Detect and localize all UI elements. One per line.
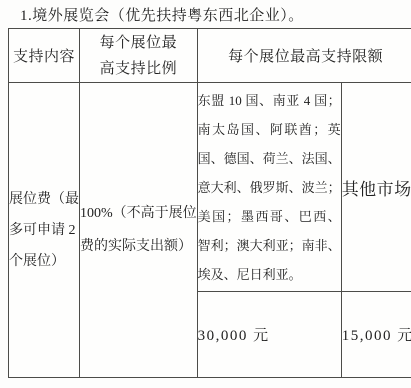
market-list-line-6: 智利；澳大利亚；南非、 — [198, 231, 341, 260]
cell-support-content: 展位费（最 多可申请 2 个展位） — [9, 83, 80, 378]
cell-other-market: 其他市场 — [341, 83, 411, 292]
market-list-line-2: 南太岛国、阿联酋；英 — [198, 115, 341, 144]
support-content-line-2: 多可申请 2 — [9, 215, 79, 246]
support-content-line-3: 个展位） — [9, 246, 79, 277]
header-support-content: 支持内容 — [9, 29, 80, 83]
cell-limit-major-markets: 30,000 元 — [197, 292, 341, 378]
support-table: 支持内容 每个展位最 高支持比例 每个展位最高支持限额 展位费（最 多可申请 2… — [8, 28, 411, 378]
support-ratio-line-2: 费的实际支出额） — [80, 230, 197, 263]
market-list-line-1: 东盟 10 国、南亚 4 国； — [198, 86, 341, 115]
header-max-limit: 每个展位最高支持限额 — [197, 29, 411, 83]
document-page: 1.境外展览会（优先扶持粤东西北企业）。 支持内容 每个展位最 高支持比例 每个… — [0, 0, 411, 388]
market-list-line-3: 国、德国、荷兰、法国、 — [198, 144, 341, 173]
market-list-line-4: 意大利、俄罗斯、波兰； — [198, 173, 341, 202]
support-content-line-1: 展位费（最 — [9, 184, 79, 215]
header-row: 支持内容 每个展位最 高支持比例 每个展位最高支持限额 — [9, 29, 411, 83]
cell-limit-other-markets: 15,000 元 — [341, 292, 411, 378]
section-title: 1.境外展览会（优先扶持粤东西北企业）。 — [20, 4, 304, 25]
cell-market-list: 东盟 10 国、南亚 4 国； 南太岛国、阿联酋；英 国、德国、荷兰、法国、 意… — [197, 83, 341, 292]
market-list-line-5: 美国；墨西哥、巴西、 — [198, 202, 341, 231]
body-row-markets: 展位费（最 多可申请 2 个展位） 100%（不高于展位 费的实际支出额） 东盟… — [9, 83, 411, 292]
header-max-ratio-line-2: 高支持比例 — [80, 56, 197, 82]
cell-support-ratio: 100%（不高于展位 费的实际支出额） — [80, 83, 198, 378]
header-max-ratio: 每个展位最 高支持比例 — [80, 29, 198, 83]
support-ratio-line-1: 100%（不高于展位 — [80, 197, 197, 230]
header-max-ratio-line-1: 每个展位最 — [80, 30, 197, 56]
market-list-line-7: 埃及、尼日利亚。 — [198, 260, 341, 289]
